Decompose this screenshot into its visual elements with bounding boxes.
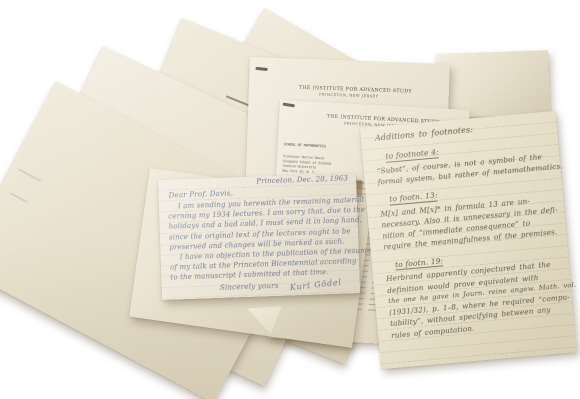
department-line: SCHOOL OF MATHEMATICS <box>284 142 326 148</box>
letter-signature: Kurt Gödel <box>289 278 342 292</box>
paper-sheet-back-right <box>436 50 550 118</box>
letter-body: I am sending you herewith the remaining … <box>168 194 385 283</box>
additions-to-footnotes-page: Additions to footnotes: to footnote 4: “… <box>360 111 576 369</box>
letter-closing: Sincerely yours <box>220 281 279 292</box>
faint-handwriting-mark <box>10 193 28 204</box>
letter-dateline: Princeton, Dec. 28, 1963 <box>256 174 348 185</box>
handwritten-letter: Princeton, Dec. 28, 1963 Dear Prof. Davi… <box>158 173 360 300</box>
staple-mark <box>256 67 268 71</box>
recipient-address-block: Professor Martin Davis Graduate School o… <box>282 154 331 176</box>
photograph-of-godel-letters: THE INSTITUTE FOR ADVANCED STUDY PRINCET… <box>0 0 580 399</box>
letterhead: THE INSTITUTE FOR ADVANCED STUDY PRINCET… <box>299 85 399 99</box>
staple-mark <box>283 103 295 107</box>
letter-salutation: Dear Prof. Davis, <box>168 188 233 199</box>
faint-handwriting-mark <box>18 169 42 182</box>
additions-body: to footnote 4: “Subst”, of course, is no… <box>375 129 572 341</box>
